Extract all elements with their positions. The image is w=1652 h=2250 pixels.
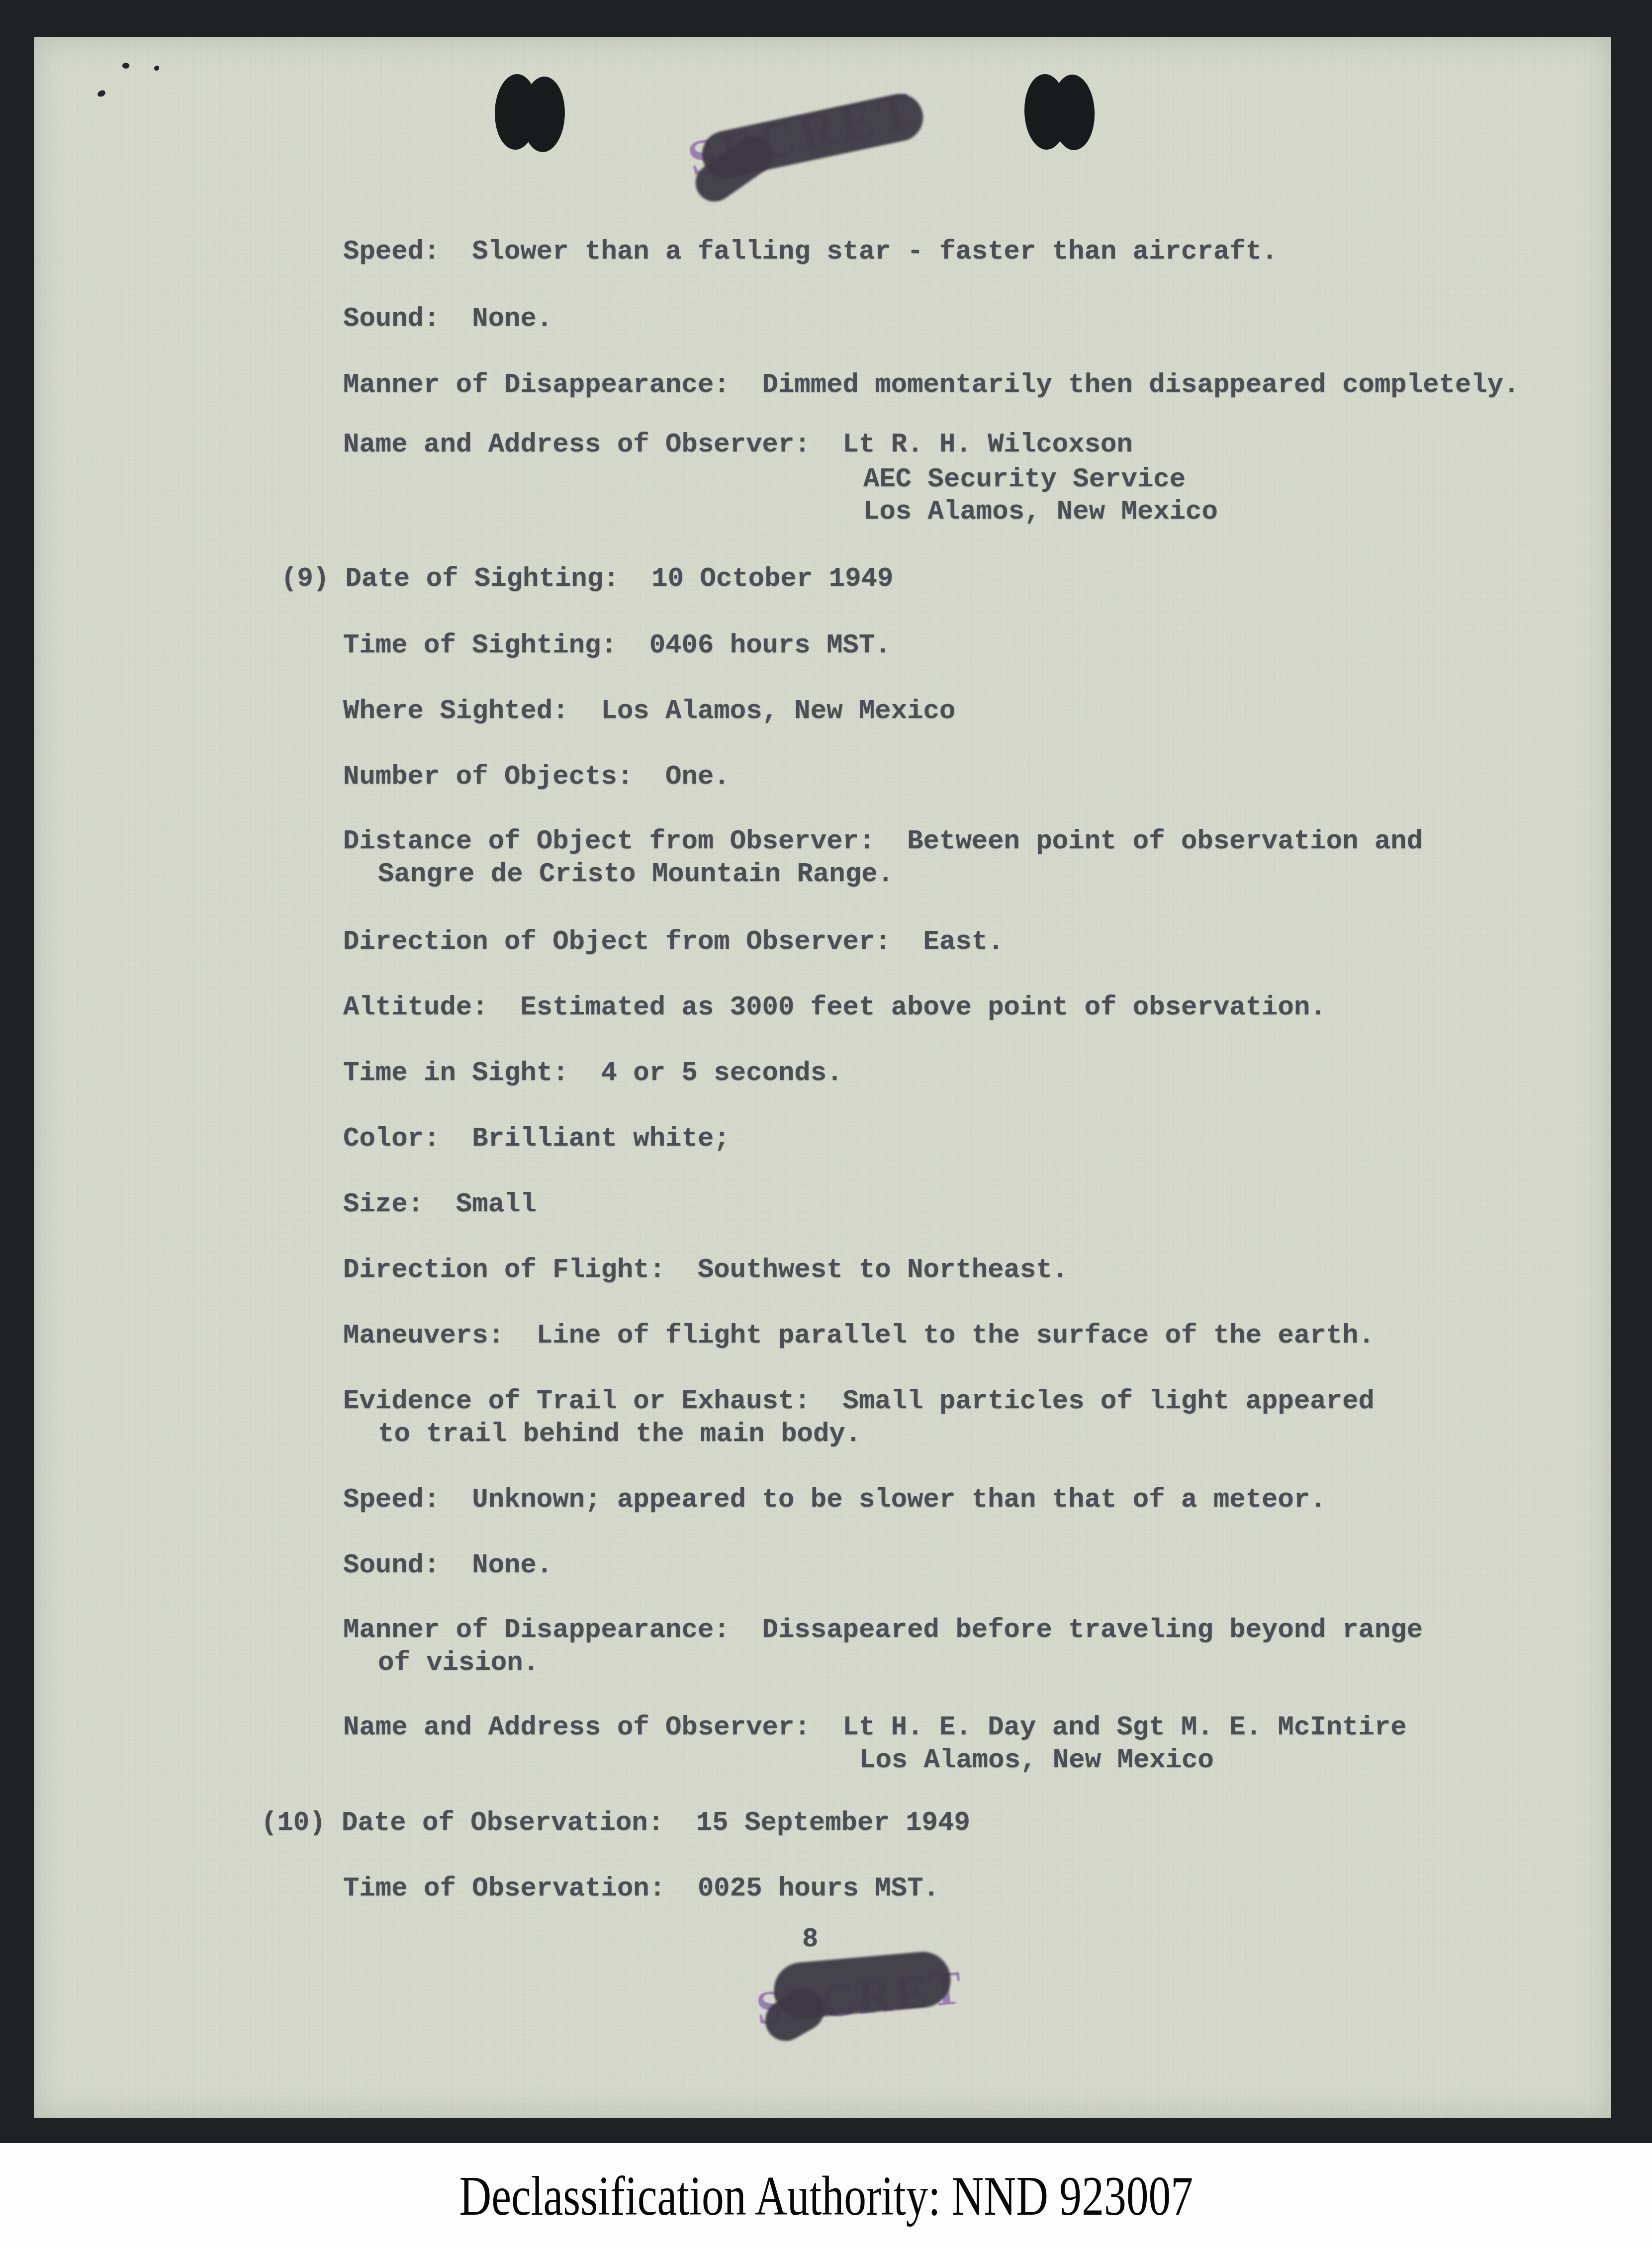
hole-punch-right-icon (1023, 73, 1095, 151)
field-sound-8: Sound: None. (343, 306, 552, 333)
observer-city-8: Los Alamos, New Mexico (863, 499, 1218, 526)
field-date-10: (10) Date of Observation: 15 September 1… (261, 1810, 970, 1837)
field-time-10: Time of Observation: 0025 hours MST. (343, 1876, 939, 1902)
field-number-9: Number of Objects: One. (343, 764, 730, 791)
field-time-9: Time of Sighting: 0406 hours MST. (343, 632, 891, 659)
field-disappearance-9: Manner of Disappearance: Dissapeared bef… (343, 1617, 1423, 1644)
field-maneuvers-9: Maneuvers: Line of flight parallel to th… (343, 1323, 1375, 1350)
ink-speck (154, 66, 159, 71)
field-size-9: Size: Small (343, 1191, 537, 1218)
observer-org-8: AEC Security Service (863, 466, 1186, 493)
ink-speck (97, 90, 106, 97)
field-observer-9: Name and Address of Observer: Lt H. E. D… (343, 1714, 1407, 1741)
field-altitude-9: Altitude: Estimated as 3000 feet above p… (343, 994, 1326, 1021)
hole-punch-left-icon (493, 74, 565, 152)
declassification-footer: Declassification Authority: NND 923007 (0, 2143, 1652, 2250)
scanned-document-view: SECRET Speed: Slower than a falling star… (0, 0, 1652, 2250)
field-distance-9-cont: Sangre de Cristo Mountain Range. (378, 861, 894, 888)
observer-city-9: Los Alamos, New Mexico (859, 1747, 1214, 1774)
field-time-in-sight-9: Time in Sight: 4 or 5 seconds. (343, 1060, 843, 1087)
field-disappearance-8: Manner of Disappearance: Dimmed momentar… (343, 372, 1520, 399)
field-observer-8: Name and Address of Observer: Lt R. H. W… (343, 432, 1133, 458)
field-flight-dir-9: Direction of Flight: Southwest to Northe… (343, 1257, 1068, 1284)
ink-speck (121, 62, 130, 70)
field-date-9: (9) Date of Sighting: 10 October 1949 (281, 566, 893, 593)
declassification-authority-text: Declassification Authority: NND 923007 (459, 2164, 1193, 2229)
field-color-9: Color: Brilliant white; (343, 1126, 730, 1153)
field-direction-9: Direction of Object from Observer: East. (343, 929, 1004, 956)
field-disappearance-9-cont: of vision. (378, 1650, 539, 1677)
field-where-9: Where Sighted: Los Alamos, New Mexico (343, 698, 955, 725)
field-trail-9-cont: to trail behind the main body. (378, 1421, 861, 1448)
field-distance-9: Distance of Object from Observer: Betwee… (343, 828, 1423, 855)
field-sound-9: Sound: None. (343, 1552, 552, 1579)
page-number: 8 (802, 1926, 818, 1953)
field-speed-9: Speed: Unknown; appeared to be slower th… (343, 1487, 1326, 1514)
document-page: SECRET Speed: Slower than a falling star… (34, 37, 1611, 2118)
field-speed-8: Speed: Slower than a falling star - fast… (343, 239, 1278, 266)
field-trail-9: Evidence of Trail or Exhaust: Small part… (343, 1388, 1375, 1415)
